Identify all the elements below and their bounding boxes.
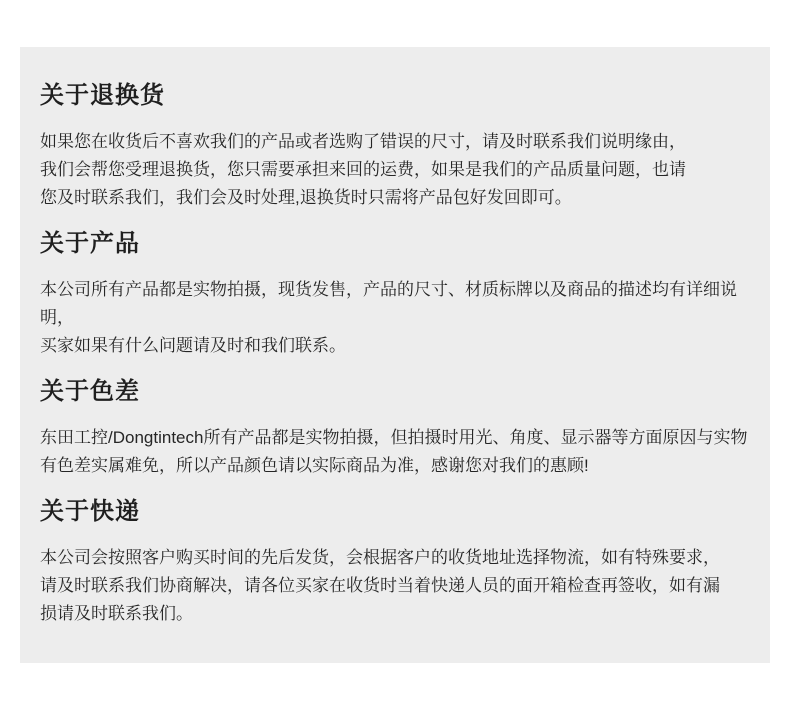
section-body-returns: 如果您在收货后不喜欢我们的产品或者选购了错误的尺寸，请及时联系我们说明缘由， 我… bbox=[40, 128, 750, 212]
section-body-product: 本公司所有产品都是实物拍摄，现货发售，产品的尺寸、材质标牌以及商品的描述均有详细… bbox=[40, 276, 750, 360]
section-title-shipping: 关于快递 bbox=[40, 496, 750, 528]
section-product: 关于产品 本公司所有产品都是实物拍摄，现货发售，产品的尺寸、材质标牌以及商品的描… bbox=[40, 228, 750, 360]
after-sales-info-card: 关于退换货 如果您在收货后不喜欢我们的产品或者选购了错误的尺寸，请及时联系我们说… bbox=[20, 47, 770, 663]
section-color-difference: 关于色差 东田工控/Dongtintech所有产品都是实物拍摄，但拍摄时用光、角… bbox=[40, 376, 750, 480]
section-returns: 关于退换货 如果您在收货后不喜欢我们的产品或者选购了错误的尺寸，请及时联系我们说… bbox=[40, 80, 750, 212]
section-body-color-difference: 东田工控/Dongtintech所有产品都是实物拍摄，但拍摄时用光、角度、显示器… bbox=[40, 424, 750, 480]
product-info-page: 关于退换货 如果您在收货后不喜欢我们的产品或者选购了错误的尺寸，请及时联系我们说… bbox=[0, 0, 790, 711]
section-title-color-difference: 关于色差 bbox=[40, 376, 750, 408]
section-shipping: 关于快递 本公司会按照客户购买时间的先后发货，会根据客户的收货地址选择物流，如有… bbox=[40, 496, 750, 628]
section-body-shipping: 本公司会按照客户购买时间的先后发货，会根据客户的收货地址选择物流，如有特殊要求，… bbox=[40, 544, 750, 628]
section-title-product: 关于产品 bbox=[40, 228, 750, 260]
section-title-returns: 关于退换货 bbox=[40, 80, 750, 112]
